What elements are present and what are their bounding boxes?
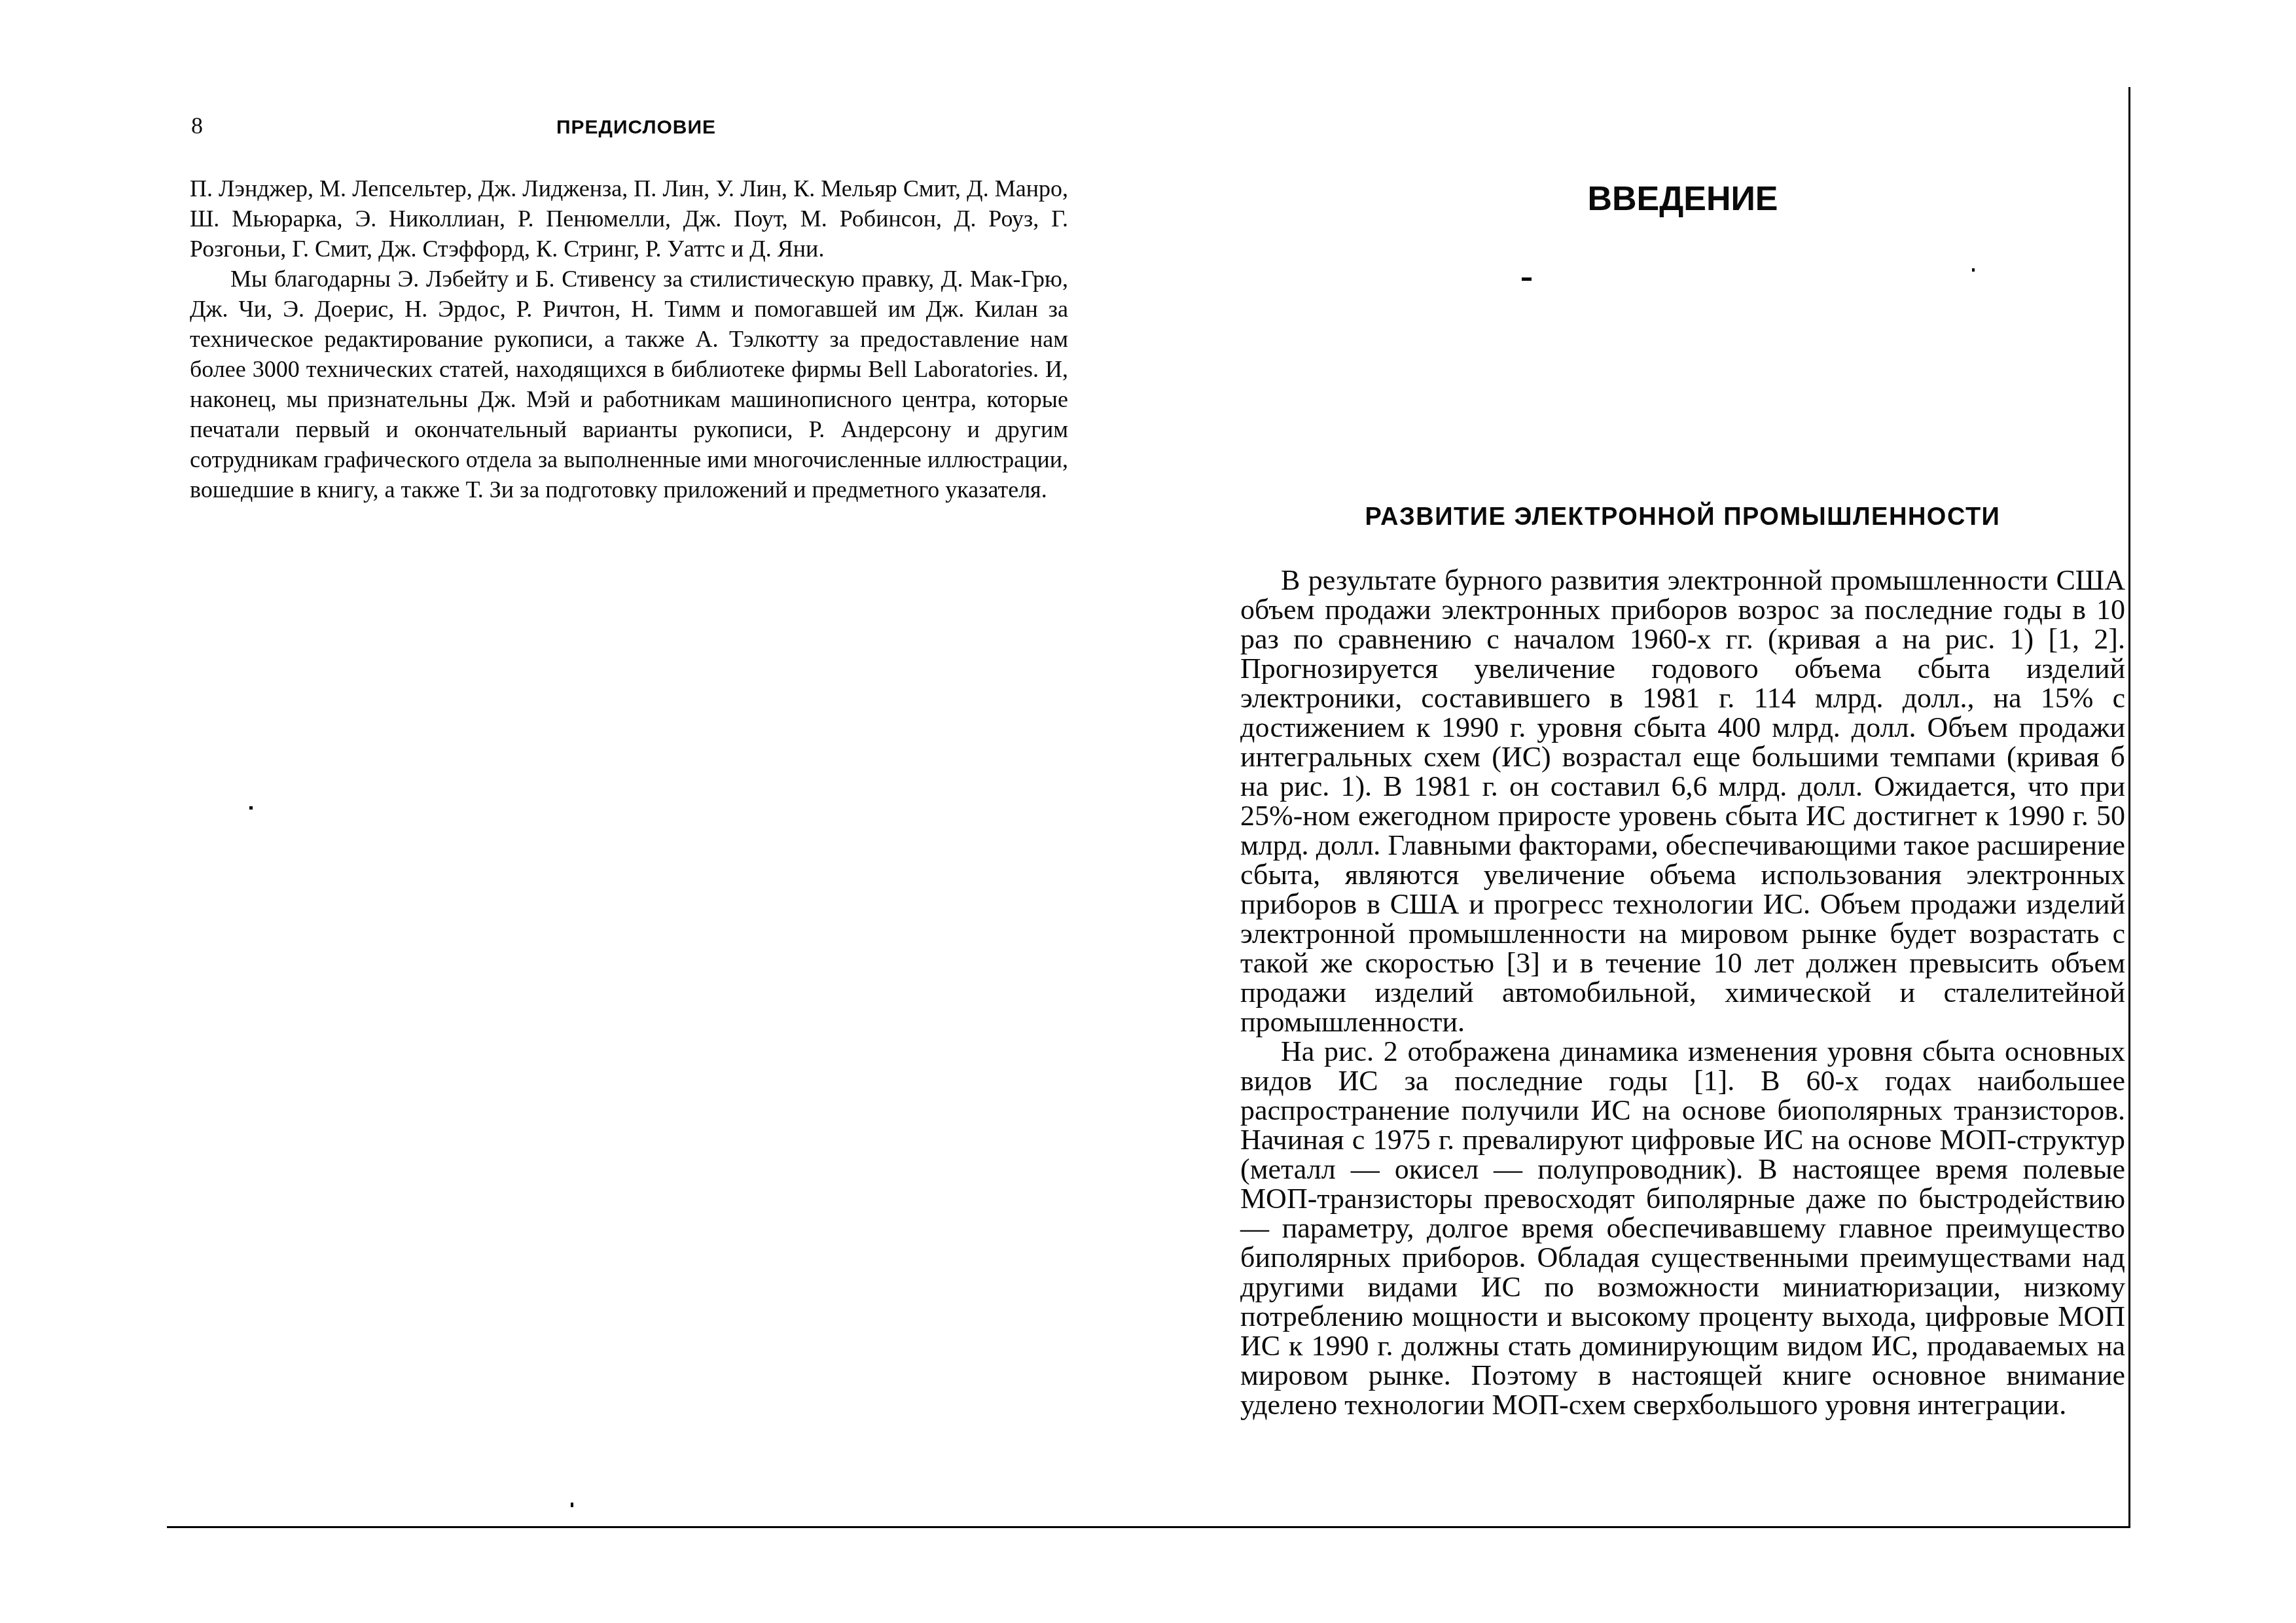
running-title: ПРЕДИСЛОВИЕ xyxy=(556,116,716,139)
scan-speck xyxy=(1522,277,1532,281)
introduction-paragraph: В результате бурного развития электронно… xyxy=(1240,565,2125,1037)
book-scan-spread: { "left": { "page_number": "8", "running… xyxy=(0,0,2296,1623)
page-number: 8 xyxy=(191,113,203,139)
scan-speck xyxy=(571,1503,573,1507)
introduction-text-column: В результате бурного развития электронно… xyxy=(1240,565,2125,1419)
section-heading: РАЗВИТИЕ ЭЛЕКТРОННОЙ ПРОМЫШЛЕННОСТИ xyxy=(1240,504,2125,530)
scan-page-edge-bottom xyxy=(167,1526,2130,1528)
introduction-paragraph: На рис. 2 отображена динамика изменения … xyxy=(1240,1037,2125,1419)
scan-page-edge-right xyxy=(2128,87,2130,1528)
preface-paragraph: Мы благодарны Э. Лэбейту и Б. Стивенсу з… xyxy=(190,264,1068,505)
scan-speck xyxy=(249,806,253,810)
chapter-title: ВВЕДЕНИЕ xyxy=(1240,182,2125,216)
preface-text-column: П. Лэнджер, М. Лепсельтер, Дж. Лидженза,… xyxy=(190,173,1068,505)
preface-paragraph: П. Лэнджер, М. Лепсельтер, Дж. Лидженза,… xyxy=(190,173,1068,264)
scan-speck xyxy=(1972,268,1975,272)
